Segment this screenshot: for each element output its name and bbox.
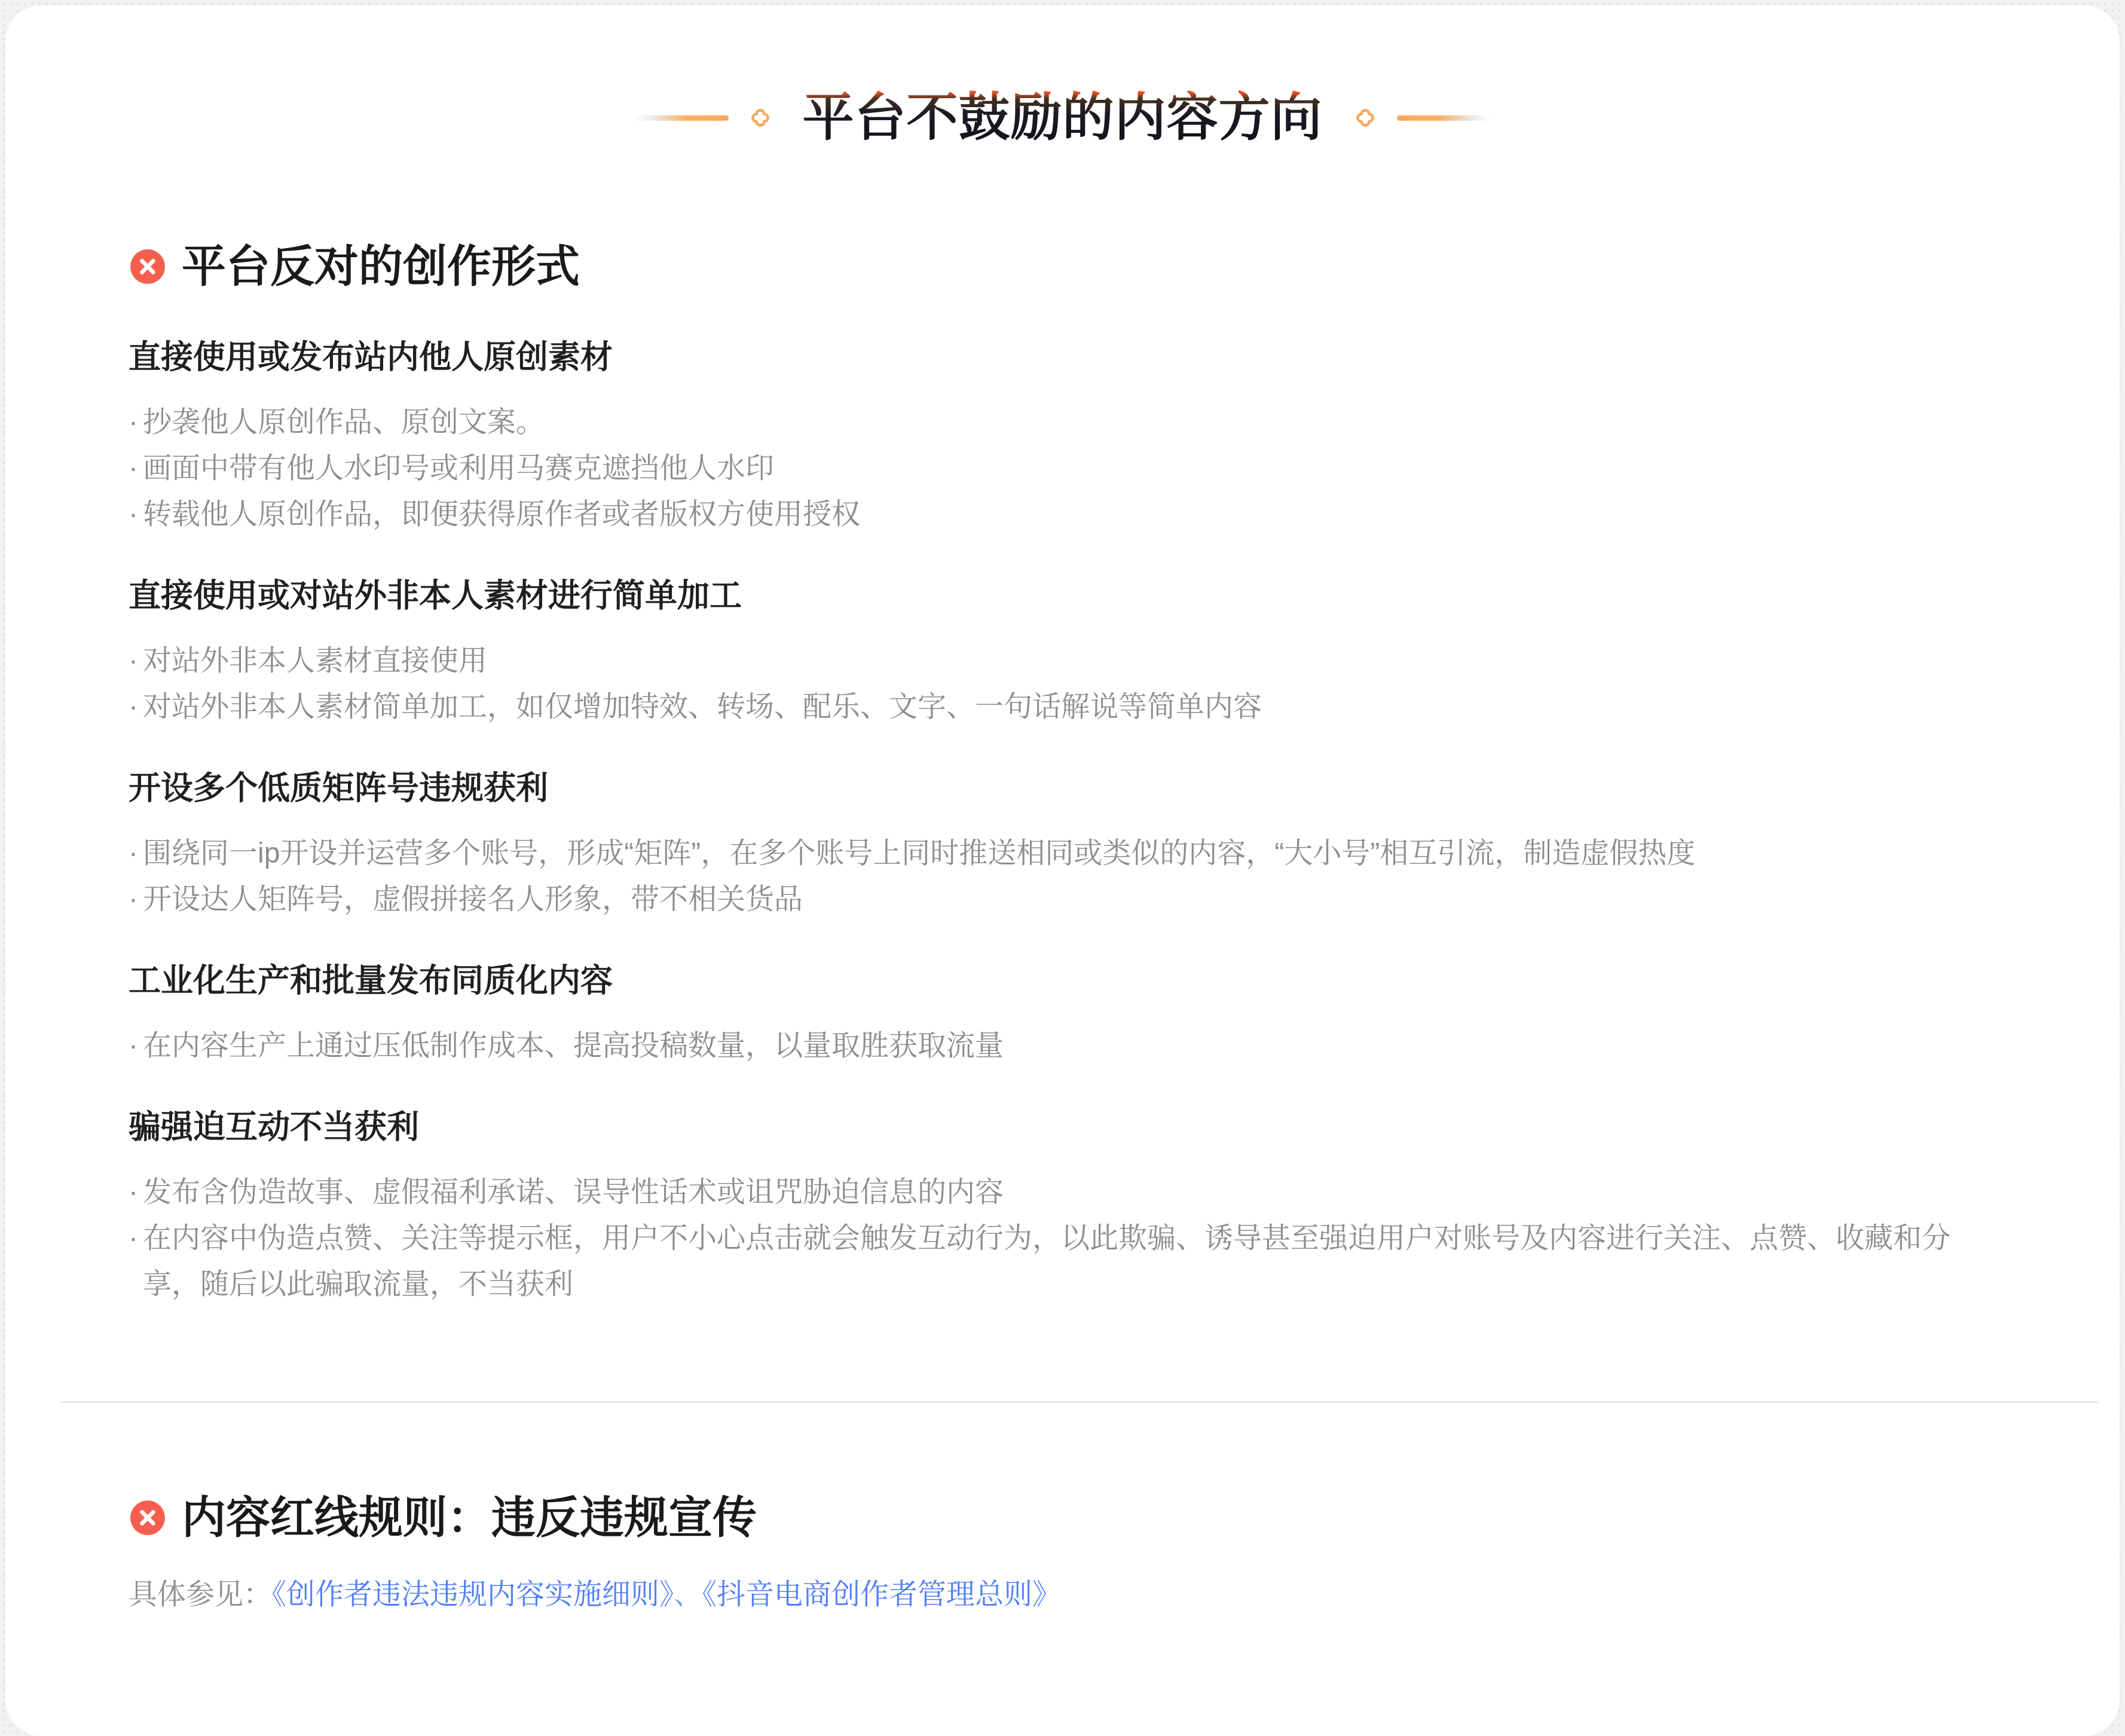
- rule-block: 骗强迫互动不当获利 ·发布含伪造故事、虚假福利承诺、误导性话术或诅咒胁迫信息的内…: [129, 1108, 1967, 1307]
- rule-bullet: ·开设达人矩阵号，虚假拼接名人形象，带不相关货品: [129, 876, 1967, 922]
- bullet-text: 对站外非本人素材简单加工，如仅增加特效、转场、配乐、文字、一句话解说等简单内容: [143, 684, 1967, 730]
- bullet-text: 抄袭他人原创作品、原创文案。: [143, 399, 1967, 445]
- section-divider: [60, 1401, 2098, 1403]
- rule-bullet: ·抄袭他人原创作品、原创文案。: [129, 399, 1967, 445]
- rule-subheading: 工业化生产和批量发布同质化内容: [129, 962, 1967, 1000]
- rule-block: 直接使用或对站外非本人素材进行简单加工 ·对站外非本人素材直接使用 ·对站外非本…: [129, 577, 1967, 730]
- bullet-text: 围绕同一ip开设并运营多个账号，形成“矩阵”，在多个账号上同时推送相同或类似的内…: [143, 830, 1967, 876]
- rule-subheading: 开设多个低质矩阵号违规获利: [129, 769, 1967, 808]
- bullet-text: 开设达人矩阵号，虚假拼接名人形象，带不相关货品: [143, 876, 1967, 922]
- rule-block: 工业化生产和批量发布同质化内容 ·在内容生产上通过压低制作成本、提高投稿数量，以…: [129, 962, 1967, 1069]
- link-creator-violation-rules[interactable]: 《创作者违法违规内容实施细则》: [272, 1579, 674, 1610]
- section-heading-text: 平台反对的创作形式: [182, 243, 580, 291]
- rule-block: 直接使用或发布站内他人原创素材 ·抄袭他人原创作品、原创文案。 ·画面中带有他人…: [129, 338, 1967, 537]
- rule-block: 开设多个低质矩阵号违规获利 ·围绕同一ip开设并运营多个账号，形成“矩阵”，在多…: [129, 769, 1967, 922]
- rule-subheading: 直接使用或对站外非本人素材进行简单加工: [129, 577, 1967, 615]
- bullet-text: 画面中带有他人水印号或利用马赛克遮挡他人水印: [143, 445, 1967, 491]
- bullet-marker: ·: [129, 876, 143, 922]
- page-background: 平台不鼓励的内容方向 平台反对的创作形式 直接使用或发布站内他人原创素材 ·抄袭…: [0, 0, 2125, 1736]
- bullet-marker: ·: [129, 1169, 143, 1215]
- title-decor-flower-right: [1353, 105, 1378, 130]
- reference-label: 具体参见：: [129, 1579, 272, 1610]
- rule-bullet: ·对站外非本人素材直接使用: [129, 638, 1967, 684]
- bullet-marker: ·: [129, 684, 143, 730]
- section-heading-creation-forms: 平台反对的创作形式: [129, 243, 1967, 291]
- rule-bullet: ·在内容生产上通过压低制作成本、提高投稿数量，以量取胜获取流量: [129, 1023, 1967, 1069]
- x-circle-icon: [130, 249, 165, 284]
- bullet-text: 对站外非本人素材直接使用: [143, 638, 1967, 684]
- bullet-marker: ·: [129, 830, 143, 876]
- link-douyin-ecommerce-creator-rules[interactable]: 《抖音电商创作者管理总则》: [702, 1579, 1061, 1610]
- content-area: 平台反对的创作形式 直接使用或发布站内他人原创素材 ·抄袭他人原创作品、原创文案…: [5, 243, 2120, 1614]
- rule-subheading: 骗强迫互动不当获利: [129, 1108, 1967, 1147]
- rule-bullet: ·在内容中伪造点赞、关注等提示框，用户不小心点击就会触发互动行为，以此欺骗、诱导…: [129, 1215, 1967, 1307]
- bullet-text: 转载他人原创作品，即便获得原作者或者版权方使用授权: [143, 491, 1967, 537]
- page-title: 平台不鼓励的内容方向: [803, 89, 1323, 146]
- reference-separator: 、: [674, 1579, 702, 1610]
- bullet-marker: ·: [129, 1215, 143, 1307]
- content-card: 平台不鼓励的内容方向 平台反对的创作形式 直接使用或发布站内他人原创素材 ·抄袭…: [5, 5, 2120, 1736]
- section-heading-red-line: 内容红线规则：违反违规宣传: [129, 1494, 1967, 1542]
- rule-subheading: 直接使用或发布站内他人原创素材: [129, 338, 1967, 377]
- rule-bullet: ·发布含伪造故事、虚假福利承诺、误导性话术或诅咒胁迫信息的内容: [129, 1169, 1967, 1215]
- bullet-marker: ·: [129, 491, 143, 537]
- bullet-marker: ·: [129, 399, 143, 445]
- rule-bullet: ·围绕同一ip开设并运营多个账号，形成“矩阵”，在多个账号上同时推送相同或类似的…: [129, 830, 1967, 876]
- bullet-marker: ·: [129, 1023, 143, 1069]
- bullet-text: 在内容中伪造点赞、关注等提示框，用户不小心点击就会触发互动行为，以此欺骗、诱导甚…: [143, 1215, 1967, 1307]
- title-decor-line-right: [1397, 115, 1491, 121]
- bullet-text: 在内容生产上通过压低制作成本、提高投稿数量，以量取胜获取流量: [143, 1023, 1967, 1069]
- rule-bullet: ·对站外非本人素材简单加工，如仅增加特效、转场、配乐、文字、一句话解说等简单内容: [129, 684, 1967, 730]
- section-heading-text: 内容红线规则：违反违规宣传: [182, 1494, 757, 1542]
- rule-bullet: ·画面中带有他人水印号或利用马赛克遮挡他人水印: [129, 445, 1967, 491]
- x-circle-icon: [130, 1500, 165, 1535]
- title-decor-line-left: [634, 115, 729, 121]
- title-decor-flower-left: [748, 105, 773, 130]
- reference-line: 具体参见：《创作者违法违规内容实施细则》、《抖音电商创作者管理总则》: [129, 1576, 1967, 1614]
- page-title-row: 平台不鼓励的内容方向: [5, 5, 2120, 146]
- bullet-marker: ·: [129, 638, 143, 684]
- bullet-text: 发布含伪造故事、虚假福利承诺、误导性话术或诅咒胁迫信息的内容: [143, 1169, 1967, 1215]
- bullet-marker: ·: [129, 445, 143, 491]
- rule-bullet: ·转载他人原创作品，即便获得原作者或者版权方使用授权: [129, 491, 1967, 537]
